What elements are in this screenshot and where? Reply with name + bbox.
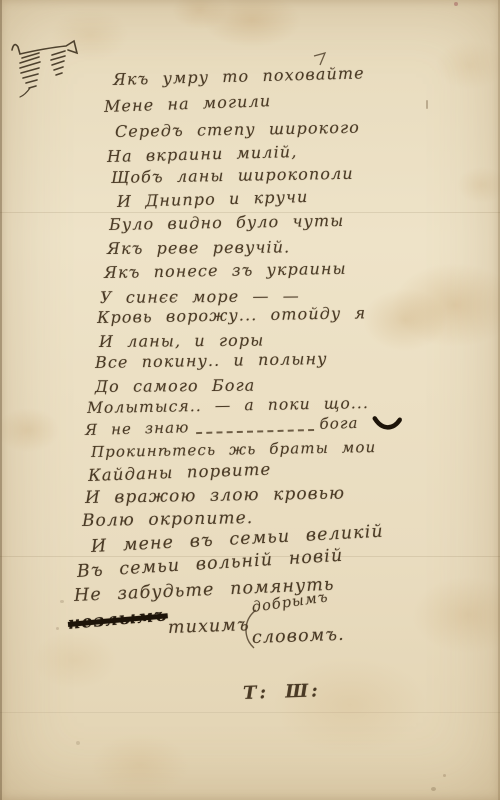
- inserted-dash-line: [195, 419, 313, 434]
- signature-initials: Т: Ш:: [243, 680, 321, 704]
- verse-line-10: У синєє море — —: [100, 286, 300, 307]
- verse-line-4: На вкраини милій,: [107, 142, 298, 166]
- verse-line-5: Щобъ ланы широкополи: [111, 164, 354, 187]
- verse-line-8: Якъ реве ревучій.: [107, 237, 290, 258]
- verse-line-9: Якъ понесе зъ украины: [104, 259, 347, 282]
- verse-line-20: Волю окропите.: [82, 508, 254, 531]
- paper-speck: [431, 787, 436, 791]
- paper-speck: [60, 600, 64, 603]
- verse-line-16: Я не знаюбога: [85, 413, 402, 439]
- verse-line-14: До самого Бога: [95, 376, 256, 396]
- verse-line-16-end: бога: [319, 414, 359, 433]
- verse-line-17: Прокинѣтесь жь браты мои: [91, 438, 377, 461]
- verse-line-18: Кайданы порвите: [88, 460, 272, 485]
- ink-sketch-doodle: [8, 28, 80, 98]
- paper-speck: [56, 627, 59, 630]
- verse-line-2: Мене на могили: [104, 91, 272, 116]
- verse-line-3: Середъ степу широкого: [115, 118, 360, 141]
- verse-line-15: Молытыся.. — а поки що...: [87, 394, 369, 417]
- struck-out-word: незлымъ: [67, 605, 168, 634]
- paper-speck: [76, 741, 80, 745]
- paper-speck: [454, 2, 458, 6]
- verse-line-13: Все покину.. и полыну: [95, 349, 328, 372]
- paper-edge-left: [0, 0, 2, 800]
- verse-line-7: Було видно було чуты: [109, 211, 345, 234]
- paper-speck: [443, 774, 446, 777]
- ink-speck: [426, 100, 428, 109]
- closing-word-tykhym: тихимъ: [168, 615, 250, 638]
- verse-line-19: И вражою злою кровью: [85, 483, 345, 508]
- fold-crease: [0, 712, 500, 713]
- closing-word-slovom: словомъ.: [252, 625, 345, 648]
- verse-line-16-start: Я не знаю: [85, 418, 190, 439]
- ink-flourish: [371, 415, 401, 432]
- manuscript-page: Якъ умру то поховайте Мене на могили Сер…: [0, 0, 500, 800]
- verse-line-1: Якъ умру то поховайте: [113, 63, 365, 89]
- verse-line-12: И ланы, и горы: [99, 331, 264, 351]
- verse-line-6: И Днипро и кручи: [117, 187, 309, 211]
- verse-line-11: Кровь ворожу... отойду я: [97, 303, 367, 327]
